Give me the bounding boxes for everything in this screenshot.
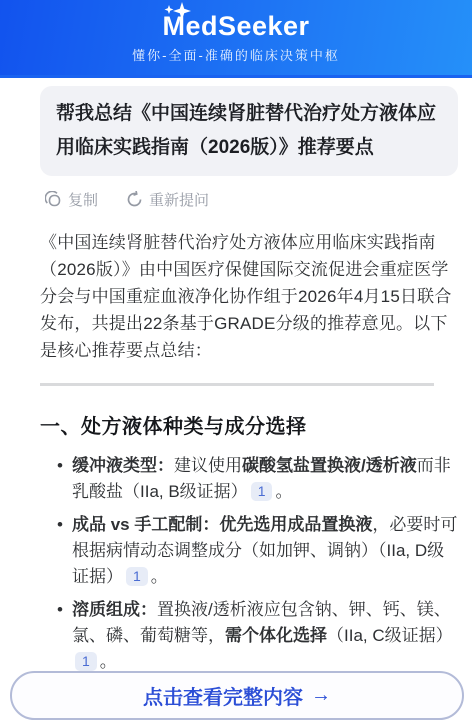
- bullet-item: 缓冲液类型：建议使用碳酸氢盐置换液/透析液而非乳酸盐（IIa, B级证据）1。: [57, 453, 458, 505]
- arrow-right-icon: →: [311, 684, 331, 707]
- bullet-list: 缓冲液类型：建议使用碳酸氢盐置换液/透析液而非乳酸盐（IIa, B级证据）1。成…: [40, 453, 458, 675]
- bullet-text-segment: 溶质组成：: [72, 600, 157, 619]
- copy-button[interactable]: 复制: [45, 189, 98, 210]
- citation-badge[interactable]: 1: [75, 652, 97, 671]
- bullet-text-segment: 缓冲液类型：: [72, 456, 174, 475]
- bullet-text-segment: （IIa, C级证据）: [327, 626, 453, 645]
- bullet-item: 成品 vs 手工配制：优先选用成品置换液，必要时可根据病情动态调整成分（如加钾、…: [57, 512, 458, 590]
- app-tagline: 懂你-全面-准确的临床决策中枢: [0, 45, 472, 64]
- view-full-content-button[interactable]: 点击查看完整内容 →: [10, 671, 464, 720]
- message-actions: 复制 重新提问: [40, 189, 458, 210]
- section-title: 一、处方液体种类与成分选择: [40, 410, 458, 439]
- copy-label: 复制: [68, 189, 98, 210]
- answer-intro-paragraph: 《中国连续肾脏替代治疗处方液体应用临床实践指南（2026版）》由中国医疗保健国际…: [40, 229, 458, 364]
- citation-badge[interactable]: 1: [251, 482, 273, 501]
- app-header: MedSeeker 懂你-全面-准确的临床决策中枢: [0, 0, 472, 78]
- refresh-icon: [126, 191, 143, 208]
- citation-badge[interactable]: 1: [126, 567, 148, 586]
- reask-button[interactable]: 重新提问: [126, 189, 209, 210]
- bullet-text-segment: 。: [100, 652, 117, 671]
- bullet-text-segment: 优先选用成品置换液: [219, 515, 372, 534]
- view-full-content-label: 点击查看完整内容: [143, 681, 303, 710]
- reask-label: 重新提问: [149, 189, 209, 210]
- bullet-item: 溶质组成：置换液/透析液应包含钠、钾、钙、镁、氯、磷、葡萄糖等，需个体化选择（I…: [57, 597, 458, 675]
- bullet-text-segment: 。: [275, 482, 292, 501]
- user-question-bubble: 帮我总结《中国连续肾脏替代治疗处方液体应用临床实践指南（2026版）》推荐要点: [40, 86, 458, 176]
- sparkle-icon: [160, 2, 194, 20]
- chat-content: 帮我总结《中国连续肾脏替代治疗处方液体应用临床实践指南（2026版）》推荐要点 …: [0, 86, 472, 675]
- bullet-text-segment: 。: [151, 567, 168, 586]
- logo: MedSeeker: [162, 11, 309, 42]
- bullet-text-segment: 建议使用: [174, 456, 242, 475]
- bullet-text-segment: 碳酸氢盐置换液/透析液: [242, 456, 417, 475]
- section-divider: [40, 383, 434, 386]
- copy-icon: [45, 191, 62, 208]
- bullet-text-segment: 需个体化选择: [225, 626, 327, 645]
- bullet-text-segment: 成品 vs 手工配制：: [72, 515, 219, 534]
